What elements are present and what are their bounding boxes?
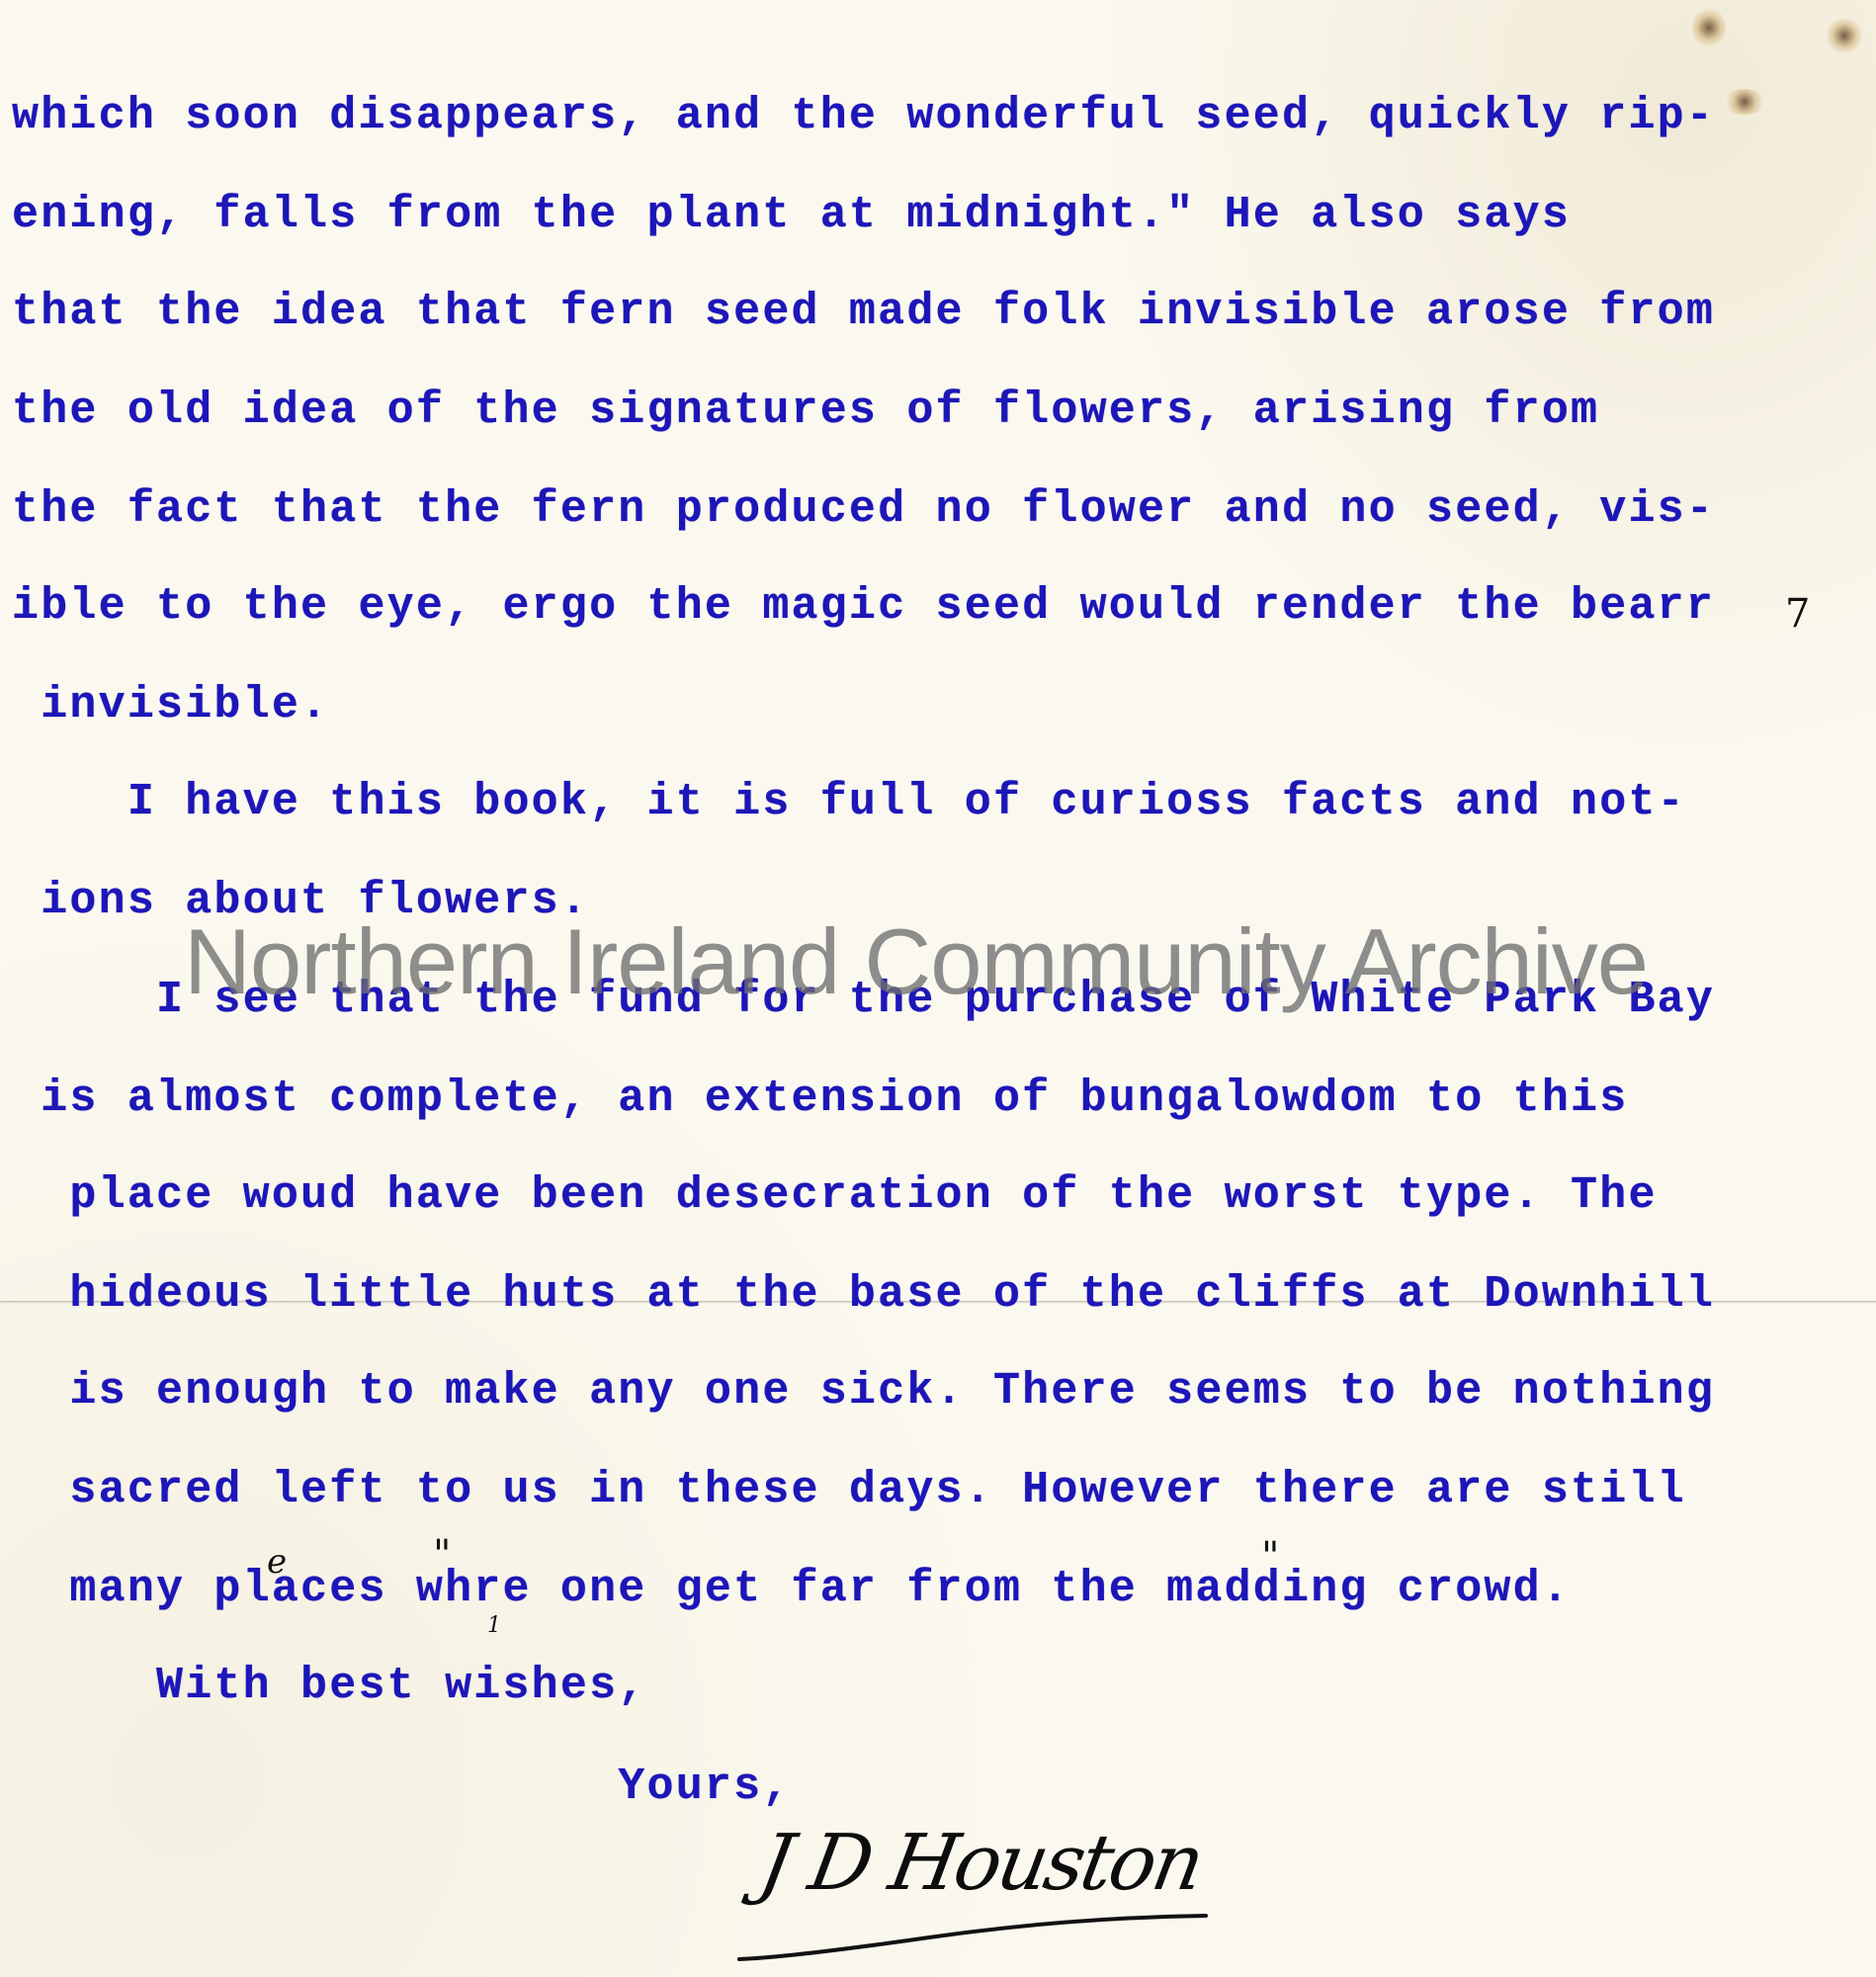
text-line: sacred left to us in these days. However… (12, 1465, 1686, 1516)
text-line: place woud have been desecration of the … (12, 1170, 1658, 1222)
text-line: is almost complete, an extension of bung… (12, 1074, 1628, 1125)
paper-stain (1827, 18, 1862, 53)
text-line: the fact that the fern produced no flowe… (12, 484, 1715, 536)
closing-line: Yours, (12, 1762, 792, 1813)
text-line: the old idea of the signatures of flower… (12, 386, 1599, 437)
signature-underline (731, 1809, 1245, 1977)
text-line: ible to the eye, ergo the magic seed wou… (12, 581, 1715, 633)
text-line: hideous little huts at the base of the c… (12, 1269, 1715, 1321)
signature: J D Houston (731, 1809, 1245, 1977)
handwritten-caret: 1 (487, 1613, 501, 1638)
text-line: ening, falls from the plant at midnight.… (12, 190, 1571, 241)
closing-line: With best wishes, (12, 1661, 647, 1712)
letter-page: which soon disappears, and the wonderful… (0, 0, 1876, 1977)
handwritten-close-quote: " (1261, 1534, 1279, 1580)
handwritten-insertion: e (267, 1542, 287, 1582)
handwritten-open-quote: " (433, 1532, 451, 1578)
text-line: many places whre one get far from the ma… (12, 1564, 1571, 1615)
text-line: invisible. (12, 680, 329, 731)
paper-stain (1724, 89, 1765, 115)
archive-watermark: Northern Ireland Community Archive (184, 907, 1648, 1016)
text-line: is enough to make any one sick. There se… (12, 1366, 1715, 1418)
text-line: that the idea that fern seed made folk i… (12, 287, 1715, 338)
text-line: which soon disappears, and the wonderful… (12, 91, 1715, 142)
handwritten-mark: 7 (1785, 591, 1810, 637)
text-line: I have this book, it is full of curioss … (12, 777, 1686, 828)
paper-stain (1692, 8, 1726, 47)
